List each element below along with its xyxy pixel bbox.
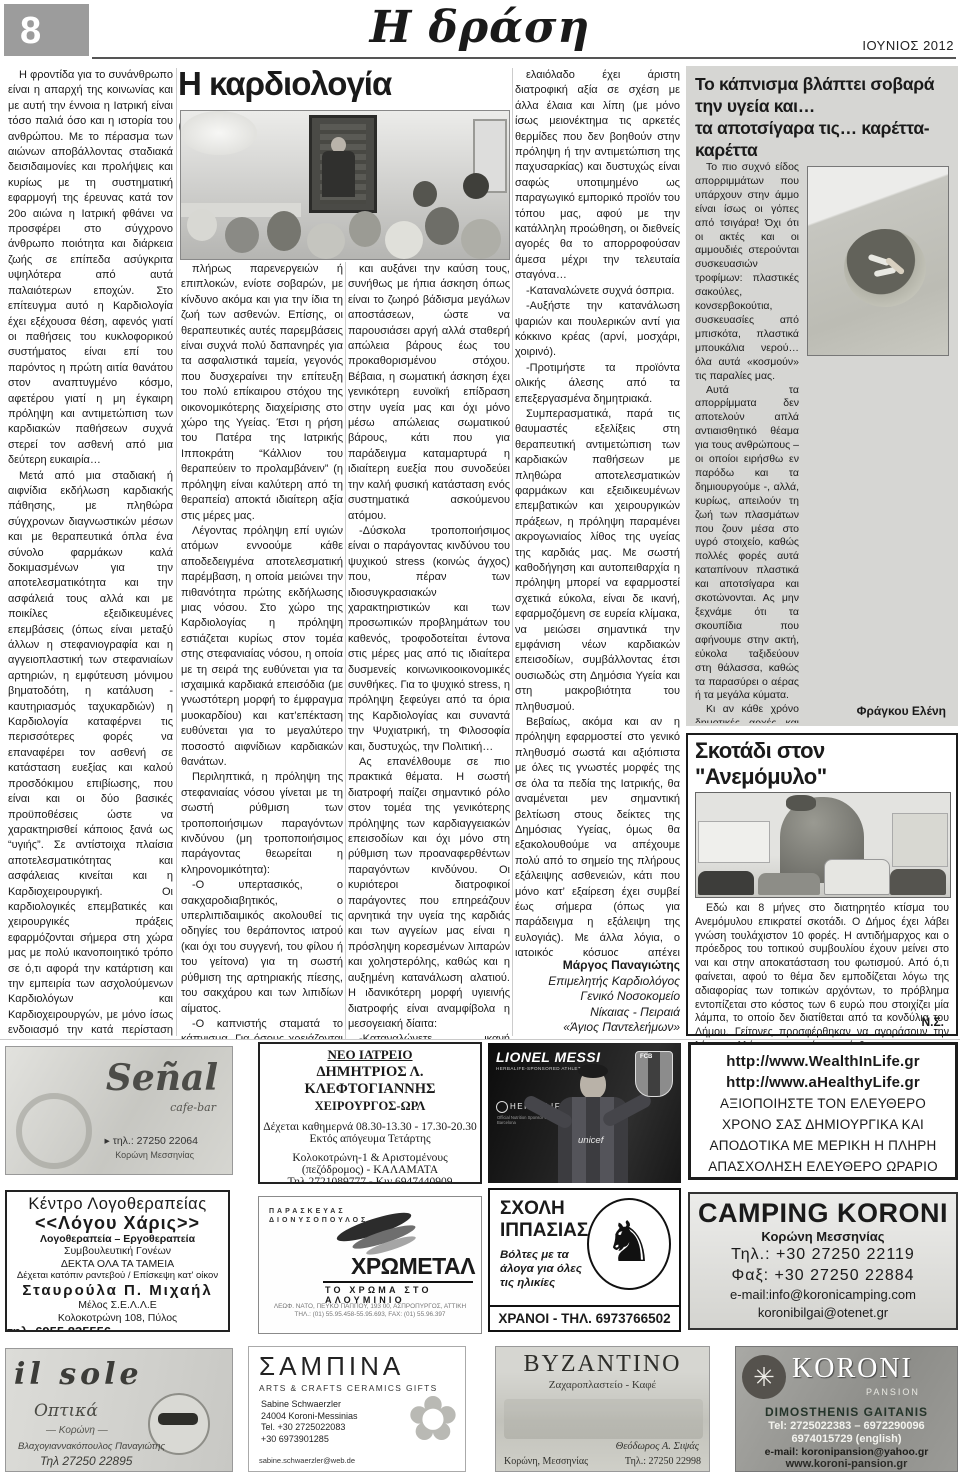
xrometal-logo: ΧΡΩΜΕΤΑΛ bbox=[351, 1253, 475, 1280]
pansion-tel2: 6974015729 (english) bbox=[736, 1433, 957, 1445]
il-sole-phone: Τηλ 27250 22895 bbox=[40, 1454, 132, 1468]
logotherapy-title: Κέντρο Λογοθεραπείας bbox=[7, 1195, 228, 1214]
xrometal-address-line: ΛΕΩΦ. ΝΑΤΟ, ΠΕΥΚΟ ΠΑΠΠΟΥ, 193 00, ΑΣΠΡΟΠ… bbox=[259, 1303, 481, 1311]
ad-speech-therapy-center: Κέντρο Λογοθεραπείας <<Λόγου Χάρις>> Λογ… bbox=[5, 1190, 230, 1332]
byzantino-logo: ΒΥΖΑΝΤΙΝΟ bbox=[496, 1351, 709, 1378]
car bbox=[890, 869, 946, 895]
byzantino-owner: Θεόδωρος Α. Σιψάς bbox=[616, 1441, 699, 1452]
iatreio-phones: Τηλ.2721089777 - Κιν.6947440909 bbox=[260, 1176, 480, 1184]
riding-tagline: Βόλτες με τα άλογα για όλες τις ηλικίες bbox=[500, 1248, 586, 1290]
camping-location: Κορώνη Μεσσηνίας bbox=[690, 1229, 956, 1244]
ashtray-photo bbox=[807, 166, 949, 356]
ad-wealthinlife: http://www.WealthInLife.gr http://www.aH… bbox=[688, 1042, 958, 1180]
messi-subtitle: HERBALIFE-SPONSORED ATHLETE bbox=[496, 1066, 585, 1071]
audience-head bbox=[413, 181, 437, 207]
camping-title: CAMPING KORONI bbox=[690, 1198, 956, 1229]
sampina-logo: ΣΑΜΠΙΝΑ bbox=[259, 1351, 404, 1382]
sampina-contact-tel2: +30 6973901285 bbox=[261, 1434, 358, 1446]
unicef-shirt-text: unicef bbox=[578, 1135, 603, 1146]
wealth-url-2: http://www.aHealthyLife.gr bbox=[691, 1072, 955, 1093]
xrometal-owner-line2: ΔΙΟΝΥΣΟΠΟΥΛΟΣ bbox=[269, 1216, 368, 1225]
windmill-photo bbox=[695, 792, 951, 898]
logotherapy-phone: τηλ. 6955 835556 bbox=[7, 1324, 111, 1332]
logotherapy-line5: ΔΕΚΤΑ ΟΛΑ ΤΑ ΤΑΜΕΙΑ bbox=[7, 1258, 228, 1271]
senal-phone: ▸ τηλ.: 27250 22064 bbox=[105, 1135, 199, 1147]
camping-email1: e-mail:info@koronicamping.com bbox=[690, 1286, 956, 1304]
iatreio-address2: (πεζόδρομος) - ΚΑΛΑΜΑΤΑ bbox=[260, 1164, 480, 1176]
ad-il-sole-optics: il sole Οπτικά — Κορώνη — Βλαχογιαννακόπ… bbox=[5, 1348, 233, 1472]
column-rule bbox=[176, 68, 177, 1036]
sampina-contact: Sabine Schwaerzler 24004 Koroni-Messinia… bbox=[261, 1399, 358, 1445]
il-sole-koroni: — Κορώνη — bbox=[46, 1425, 108, 1436]
byzantino-phone: Τηλ.: 27250 22998 bbox=[625, 1456, 701, 1467]
iatreio-hours: Δέχεται καθημερνά 08.30-13.30 - 17.30-20… bbox=[260, 1121, 480, 1133]
ashtray bbox=[844, 229, 926, 307]
logotherapy-address: Κολοκοτρώνη 108, Πύλος bbox=[7, 1312, 228, 1325]
ad-sampina-gifts: ΣΑΜΠΙΝΑ ARTS & CRAFTS CERAMICS GIFTS Sab… bbox=[248, 1346, 466, 1472]
messi-figure-head bbox=[580, 1069, 606, 1099]
column-rule bbox=[512, 68, 513, 1036]
logotherapy-line6: Δέχεται κατόπιν ραντεβού / Επίσκεψη κατ'… bbox=[7, 1270, 228, 1282]
koroni-panorama-sketch bbox=[504, 1399, 703, 1439]
smoking-article-signature: Φράγκου Ελένη bbox=[857, 704, 946, 718]
flower-sketch-icon: ✿ bbox=[407, 1385, 459, 1455]
pansion-email: e-mail: koronipansion@yahoo.gr bbox=[736, 1446, 957, 1458]
masthead: Η δράση bbox=[0, 2, 960, 53]
il-sole-optika: Οπτικά bbox=[34, 1401, 98, 1421]
sampina-email: sabine.schwaerzler@web.de bbox=[259, 1456, 355, 1465]
sampina-contact-tel: Tel. +30 2725022083 bbox=[261, 1422, 358, 1434]
audience-head bbox=[349, 211, 381, 247]
ad-camping-koroni: CAMPING KORONI Κορώνη Μεσσηνίας Τηλ.: +3… bbox=[688, 1192, 958, 1330]
house bbox=[892, 813, 948, 867]
riding-title-line2: ΙΠΠΑΣΙΑΣ bbox=[500, 1220, 588, 1242]
pansion-website: www.koroni-pansion.gr bbox=[736, 1458, 957, 1470]
coffee-cup-sketch bbox=[16, 1093, 92, 1169]
audience-head bbox=[425, 207, 459, 245]
senal-logo: Señal bbox=[106, 1057, 218, 1099]
xrometal-tagline: ΤΟ ΧΡΩΜΑ ΣΤΟ ΑΛΟΥΜΙΝΙΟ bbox=[325, 1285, 481, 1305]
senal-location: Κορώνη Μεσσηνίας bbox=[115, 1150, 194, 1160]
logotherapy-brand: <<Λόγου Χάρις>> bbox=[7, 1214, 228, 1233]
issue-date: ΙΟΥΝΙΟΣ 2012 bbox=[862, 38, 954, 53]
pansion-tel: Tel: 2725022383 – 6972290096 bbox=[736, 1420, 957, 1432]
audience-head bbox=[267, 211, 301, 251]
il-sole-logo: il sole bbox=[14, 1357, 143, 1392]
house bbox=[698, 821, 770, 863]
audience-head bbox=[225, 217, 259, 253]
herbalife-icon bbox=[496, 1101, 508, 1113]
ad-xrometal: ΠΑΡΑΣΚΕΥΑΣ ΔΙΟΝΥΣΟΠΟΥΛΟΣ ΧΡΩΜΕΤΑΛ ΤΟ ΧΡΩ… bbox=[258, 1196, 482, 1334]
windmill-article-box: Σκοτάδι στον "Ανεμόμυλο" Εδώ και 8 μήνες… bbox=[686, 733, 958, 1036]
sunglasses-icon bbox=[158, 1413, 198, 1425]
windmill-article-title: Σκοτάδι στον "Ανεμόμυλο" bbox=[695, 738, 949, 790]
column-rule bbox=[345, 262, 346, 1040]
pansion-subtitle: PANSION bbox=[866, 1387, 920, 1397]
koroni-pansion-logo-icon: ✳ bbox=[742, 1355, 786, 1399]
article-column-1: Η φροντίδα για το συνάνθρωπο είναι η απα… bbox=[8, 68, 173, 1036]
camping-email2: koronibilgai@otenet.gr bbox=[690, 1304, 956, 1322]
audience-head bbox=[307, 223, 345, 259]
senal-subtitle: cafe-bar bbox=[170, 1101, 216, 1114]
lecture-photo bbox=[180, 110, 510, 260]
xrometal-owner-line1: ΠΑΡΑΣΚΕΥΑΣ bbox=[269, 1207, 368, 1216]
ad-byzantino-cafe: ΒΥΖΑΝΤΙΝΟ Ζαχαροπλαστείο - Καφέ Θεόδωρος… bbox=[495, 1346, 710, 1472]
audience-head bbox=[187, 209, 217, 241]
riding-title-line1: ΣΧΟΛΗ bbox=[500, 1198, 565, 1220]
audience-head bbox=[463, 173, 489, 199]
car bbox=[758, 873, 820, 895]
il-sole-owner: Βλαχογιαννακόπουλος Παναγιώτης bbox=[18, 1441, 165, 1452]
byzantino-subtitle: Ζαχαροπλαστείο - Καφέ bbox=[496, 1379, 709, 1391]
car bbox=[698, 871, 754, 895]
ad-new-medical-office: ΝΕΟ ΙΑΤΡΕΙΟ ΔΗΜΗΤΡΙΟΣ Λ. ΚΛΕΦΤΟΓΙΑΝΝΗΣ Χ… bbox=[258, 1042, 482, 1184]
smoking-article-body: Το πιο συχνό είδος απορριμμάτων που υπάρ… bbox=[695, 161, 799, 723]
smoking-article-title-line2: τα αποτσίγαρα τις… καρέττα-καρέττα bbox=[695, 117, 949, 161]
iatreio-address: Κολοκοτρώνη-1 & Αριστομένους bbox=[260, 1152, 480, 1164]
wealth-text: ΑΞΙΟΠΟΙΗΣΤΕ ΤΟΝ ΕΛΕΥΘΕΡΟΧΡΟΝΟ ΣΑΣ ΔΗΜΙΟΥ… bbox=[691, 1093, 955, 1177]
windmill-article-body: Εδώ και 8 μήνες στο διατηρητέο κτίσμα το… bbox=[695, 902, 949, 1042]
camping-fax: Φαξ: +30 27250 22884 bbox=[690, 1265, 956, 1286]
xrometal-address: ΛΕΩΦ. ΝΑΤΟ, ΠΕΥΚΟ ΠΑΠΠΟΥ, 193 00, ΑΣΠΡΟΠ… bbox=[259, 1303, 481, 1320]
riding-contact: ΧΡΑΝΟΙ - ΤΗΛ. 6973766502 bbox=[490, 1305, 679, 1330]
logotherapy-member: Μέλος Σ.Ε.Λ.Λ.Ε bbox=[7, 1299, 228, 1312]
iatreio-specialty: ΧΕΙΡΟΥΡΓΟΣ-ΩΡΛ bbox=[260, 1099, 480, 1114]
sampina-contact-name: Sabine Schwaerzler bbox=[261, 1399, 358, 1411]
messi-title: LIONEL MESSI bbox=[496, 1049, 601, 1065]
article-column-3: και αυξάνει την καύση τους, συνήθως με ή… bbox=[348, 262, 510, 1040]
windmill-article-signature: Ν.Σ. bbox=[921, 1015, 944, 1029]
byzantino-location: Κορώνη, Μεσσηνίας bbox=[504, 1456, 588, 1467]
ad-riding-school: ΣΧΟΛΗ ΙΠΠΑΣΙΑΣ Βόλτες με τα άλογα για όλ… bbox=[488, 1188, 681, 1332]
xrometal-phones: ΤΗΛ.: (01) 55.95.458-55.95.693, FAX: (01… bbox=[259, 1311, 481, 1319]
fcb-crest-icon: FCB bbox=[635, 1051, 673, 1097]
projector-screen bbox=[181, 111, 257, 155]
fcb-crest-text: FCB bbox=[640, 1054, 652, 1060]
audience-head bbox=[385, 221, 423, 259]
iatreio-header: ΝΕΟ ΙΑΤΡΕΙΟ bbox=[260, 1047, 480, 1063]
centaur-logo-icon: ♞ bbox=[587, 1198, 671, 1290]
pansion-owner: DIMOSTHENIS GAITANIS bbox=[736, 1405, 957, 1419]
iatreio-doctor: ΔΗΜΗΤΡΙΟΣ Λ. ΚΛΕΦΤΟΓΙΑΝΝΗΣ bbox=[260, 1064, 480, 1098]
speaker-body bbox=[322, 151, 355, 197]
smoking-article-title-line1: Το κάπνισμα βλάπτει σοβαρά την υγεία και… bbox=[695, 73, 949, 117]
ad-herbalife-messi: LIONEL MESSI HERBALIFE-SPONSORED ATHLETE… bbox=[488, 1043, 681, 1183]
camping-tel: Τηλ.: +30 27250 22119 bbox=[690, 1244, 956, 1265]
wealth-url-1: http://www.WealthInLife.gr bbox=[691, 1051, 955, 1072]
iatreio-hours2: Εκτός απόγευμα Τετάρτης bbox=[260, 1133, 480, 1145]
logotherapy-services: Λογοθεραπεία – Εργοθεραπεία bbox=[7, 1233, 228, 1245]
ad-senal-cafe-bar: Señal cafe-bar ▸ τηλ.: 27250 22064 Κορών… bbox=[5, 1046, 233, 1175]
smoking-article-box: Το κάπνισμα βλάπτει σοβαρά την υγεία και… bbox=[686, 66, 958, 726]
article-column-4: ελαιόλαδο έχει άριστη διατροφική αξία σε… bbox=[515, 68, 680, 956]
pansion-name: KORONI bbox=[792, 1353, 913, 1385]
xrometal-owner: ΠΑΡΑΣΚΕΥΑΣ ΔΙΟΝΥΣΟΠΟΥΛΟΣ bbox=[269, 1207, 368, 1225]
article-column-2: πλήρως παρενεργειών ή επιπλοκών, ενίοτε … bbox=[181, 262, 343, 1040]
sampina-contact-address: 24004 Koroni-Messinias bbox=[261, 1411, 358, 1423]
ads-divider-rule bbox=[0, 1039, 960, 1040]
van bbox=[824, 859, 890, 895]
xrometal-rule bbox=[323, 1281, 473, 1283]
logotherapy-line4: Συμβουλευτική Γονέων bbox=[7, 1245, 228, 1258]
logotherapy-name: Σταυρούλα Π. Μιχαήλ bbox=[7, 1282, 228, 1299]
article-signature: Μάργος ΠαναγιώτηςΕπιμελητής ΚαρδιολόγοςΓ… bbox=[515, 958, 680, 1036]
header-rule bbox=[92, 57, 956, 59]
audience-head bbox=[461, 219, 501, 259]
ad-koroni-pansion: ✳ KORONI PANSION DIMOSTHENIS GAITANIS Te… bbox=[735, 1346, 958, 1472]
